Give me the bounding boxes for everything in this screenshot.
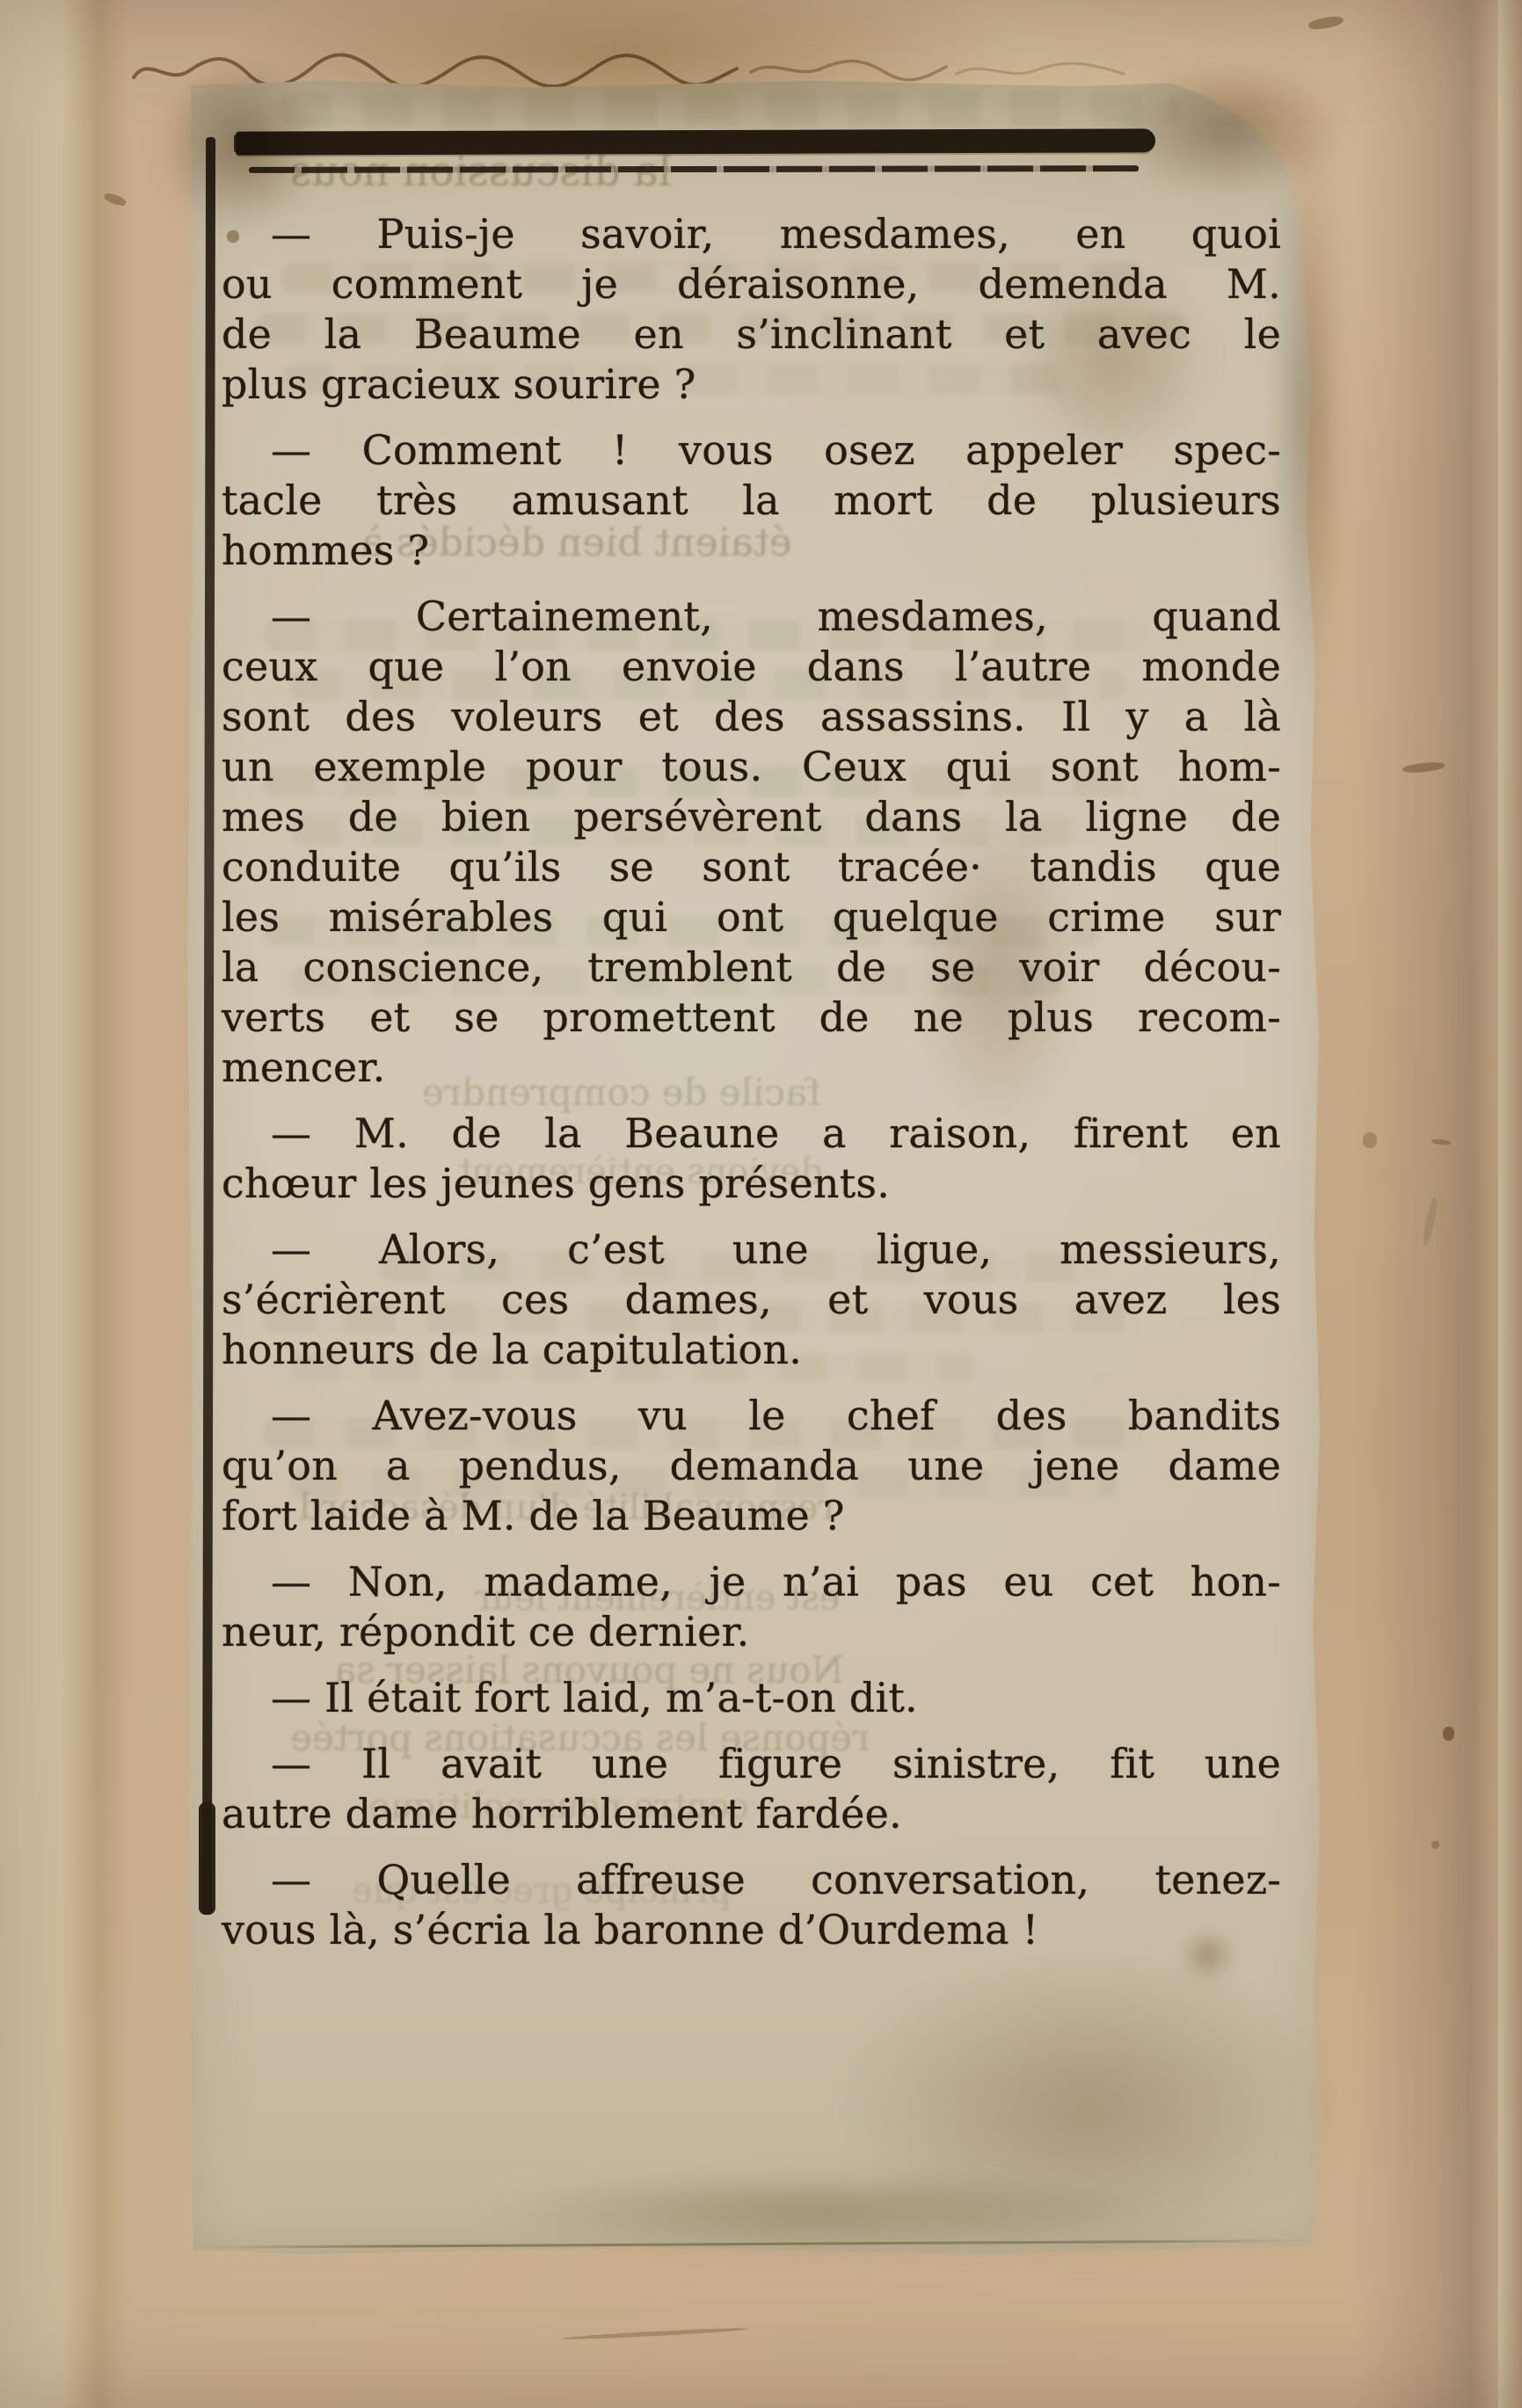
text-line: verts et se promettent de ne plus recom- [222,993,1281,1043]
top-rule-thin [249,165,1139,173]
text-line: tacle très amusant la mort de plusieurs [222,476,1281,526]
text-line: plus gracieux sourire ? [222,360,1281,410]
ink-speck [103,192,127,207]
text-line: hommes ? [222,526,1281,576]
ink-speck [563,2327,747,2341]
text-line: qu’on a pendus, demanda une jene dame [222,1441,1281,1491]
text-line: ceux que l’on envoie dans l’autre monde [222,642,1281,692]
text-line: de la Beaume en s’inclinant et avec le [222,309,1281,360]
ink-speck [227,230,239,243]
text-line: conduite qu’ils se sont tracée· tandis q… [222,842,1281,892]
text-line: mencer. [222,1043,1281,1093]
paragraph: — Il avait une figure sinistre, fit unea… [222,1739,1281,1839]
scribble-stroke-2 [751,61,946,79]
paragraph: — Comment ! vous osez appeler spec-tacle… [222,426,1281,576]
text-line: — Non, madame, je n’ai pas eu cet hon- [222,1557,1281,1607]
ink-speck [1363,1132,1377,1148]
left-column-rule [202,137,215,1915]
paragraph: — Puis-je savoir, mesdames, en quoiou co… [222,209,1281,410]
album-page: la discussion nousétaient bien décidés à… [0,0,1522,2408]
ink-speck [1443,1727,1454,1741]
newspaper-clipping: la discussion nousétaient bien décidés à… [186,81,1331,2254]
text-line: chœur les jeunes gens présents. [222,1159,1281,1209]
text-line: — Quelle affreuse conversation, tenez- [222,1855,1281,1905]
text-line: autre dame horriblement fardée. [222,1789,1281,1839]
paragraph: — M. de la Beaune a raison, firent enchœ… [222,1109,1281,1209]
paragraph: — Certainement, mesdames, quandceux que … [222,592,1281,1093]
paragraph: — Quelle affreuse conversation, tenez-vo… [222,1855,1281,1955]
ghost-smudge [281,91,1178,127]
scribble-stroke [134,55,737,86]
ink-speck [1431,1841,1439,1849]
ink-speck [1402,761,1446,775]
text-line: sont des voleurs et des assassins. Il y … [222,692,1281,742]
text-line: — Il avait une figure sinistre, fit une [222,1739,1281,1789]
text-line: ou comment je déraisonne, demenda M. [222,259,1281,309]
text-line: vous là, s’écria la baronne d’Ourdema ! [222,1905,1281,1955]
text-line: neur, répondit ce dernier. [222,1607,1281,1657]
ink-speck [1431,1139,1451,1146]
ink-speck [1307,15,1344,32]
ink-speck [1421,1197,1438,1247]
text-line: — Puis-je savoir, mesdames, en quoi [222,209,1281,259]
top-rule-thick [236,128,1155,155]
text-line: — Certainement, mesdames, quand [222,592,1281,642]
text-line: — Il était fort laid, m’a-t-on dit. [222,1673,1281,1723]
text-line: — M. de la Beaune a raison, firent en [222,1109,1281,1159]
paragraph: — Non, madame, je n’ai pas eu cet hon-ne… [222,1557,1281,1657]
page-right-edge [1498,0,1522,2408]
text-line: — Avez-vous vu le chef des bandits [222,1391,1281,1441]
text-line: un exemple pour tous. Ceux qui sont hom- [222,742,1281,792]
paragraph: — Alors, c’est une ligue, messieurs,s’éc… [222,1225,1281,1375]
text-line: honneurs de la capitulation. [222,1325,1281,1375]
text-line: fort laide à M. de la Beaume ? [222,1491,1281,1541]
article-text: — Puis-je savoir, mesdames, en quoiou co… [222,209,1281,1971]
paragraph: — Il était fort laid, m’a-t-on dit. [222,1673,1281,1723]
text-line: — Comment ! vous osez appeler spec- [222,426,1281,476]
clipping-bottom-edge [197,2239,1308,2249]
left-rule-ink-blob [199,1802,215,1915]
text-line: la conscience, tremblent de se voir déco… [222,942,1281,993]
text-line: — Alors, c’est une ligue, messieurs, [222,1225,1281,1275]
text-line: mes de bien persévèrent dans la ligne de [222,792,1281,842]
paragraph: — Avez-vous vu le chef des banditsqu’on … [222,1391,1281,1541]
text-line: s’écrièrent ces dames, et vous avez les [222,1275,1281,1325]
text-line: les misérables qui ont quelque crime sur [222,892,1281,942]
scribble-stroke-3 [957,63,1124,74]
